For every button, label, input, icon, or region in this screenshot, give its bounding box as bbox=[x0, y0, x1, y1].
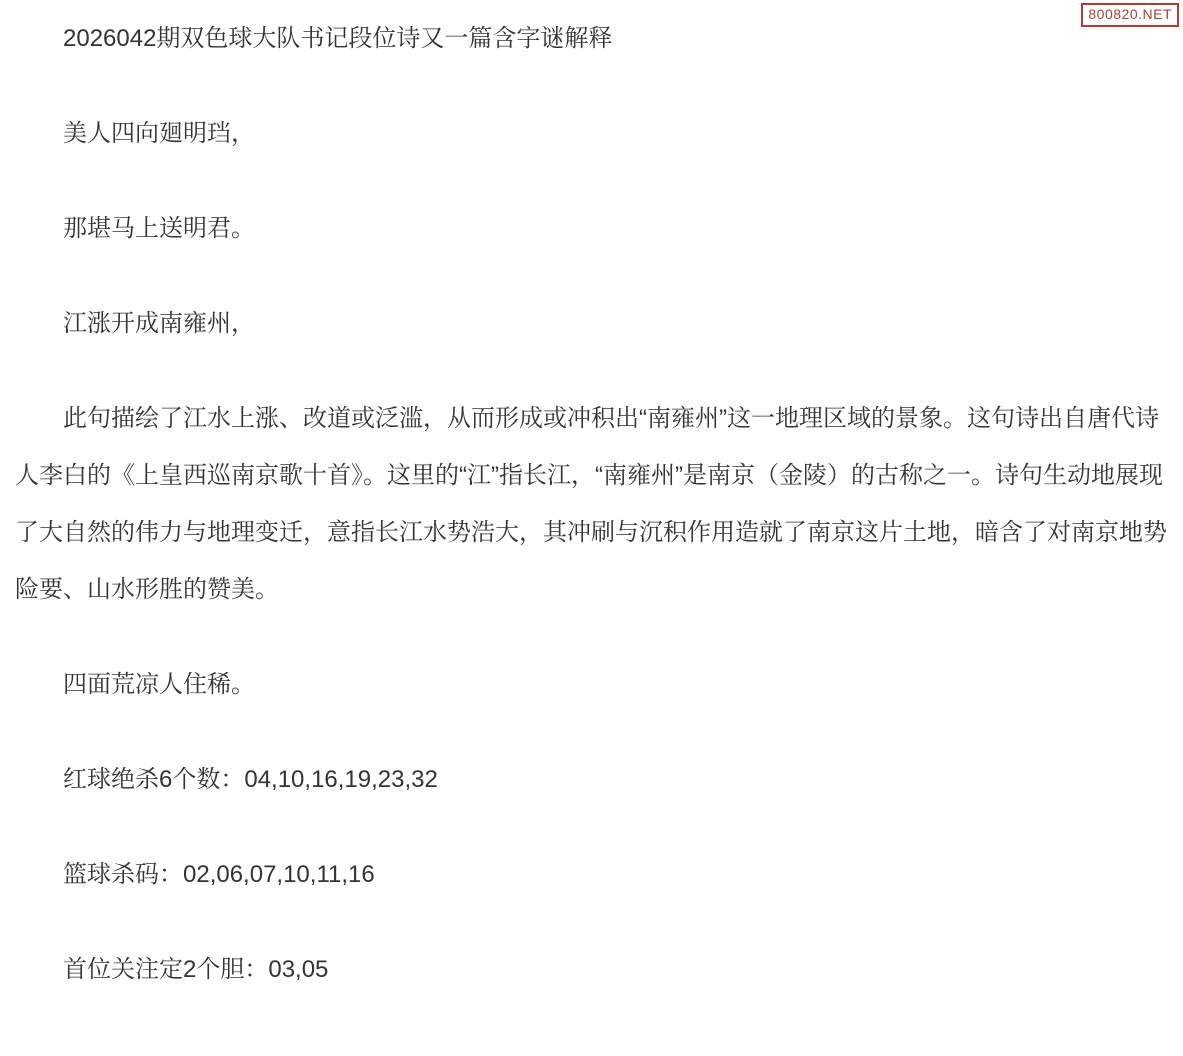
poem-line-3: 江涨开成南雍州， bbox=[15, 295, 1168, 352]
red-ball-kill-numbers: 红球绝杀6个数：04,10,16,19,23,32 bbox=[15, 751, 1168, 808]
first-position-dan-numbers: 首位关注定2个胆：03,05 bbox=[15, 941, 1168, 998]
blue-ball-kill-codes: 篮球杀码：02,06,07,10,11,16 bbox=[15, 846, 1168, 903]
article-body: 2026042期双色球大队书记段位诗又一篇含字谜解释 美人四向廻明珰， 那堪马上… bbox=[0, 0, 1183, 1056]
poem-line-1: 美人四向廻明珰， bbox=[15, 105, 1168, 162]
poem-line-4: 四面荒凉人住稀。 bbox=[15, 656, 1168, 713]
explanation-paragraph: 此句描绘了江水上涨、改道或泛滥，从而形成或冲积出“南雍州”这一地理区域的景象。这… bbox=[15, 390, 1168, 618]
article-title: 2026042期双色球大队书记段位诗又一篇含字谜解释 bbox=[15, 10, 1168, 67]
poem-line-2: 那堪马上送明君。 bbox=[15, 200, 1168, 257]
site-watermark: 800820.NET bbox=[1081, 3, 1179, 27]
